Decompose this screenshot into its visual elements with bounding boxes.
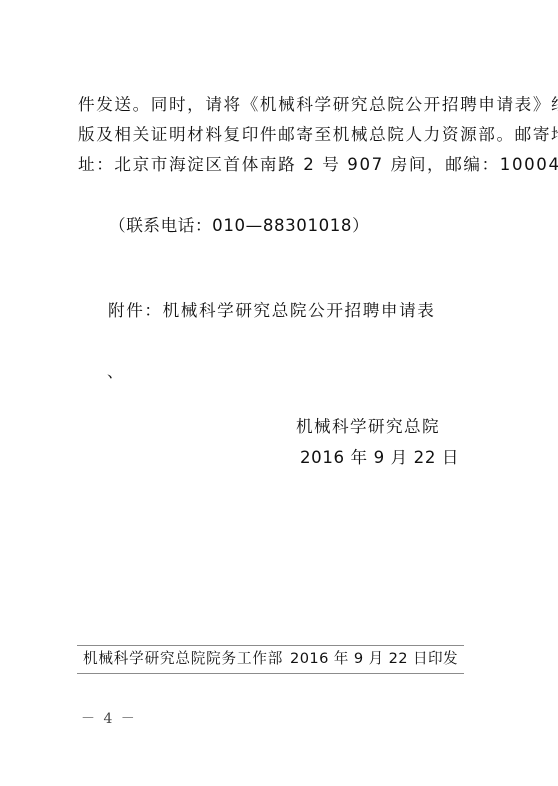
footer-issuer: 机械科学研究总院院务工作部 (83, 648, 283, 670)
page-number: － 4 － (81, 709, 137, 729)
body-line-1: 件发送。同时，请将《机械科学研究总院公开招聘申请表》纸质 (78, 90, 490, 120)
signature-date: 2016 年 9 月 22 日 (300, 444, 459, 472)
stray-punctuation: 、 (107, 360, 123, 384)
document-page: 件发送。同时，请将《机械科学研究总院公开招聘申请表》纸质 版及相关证明材料复印件… (0, 0, 558, 786)
footer-issued-date: 2016 年 9 月 22 日印发 (290, 648, 458, 670)
contact-phone: （联系电话：010—88301018） (109, 212, 369, 240)
body-paragraph: 件发送。同时，请将《机械科学研究总院公开招聘申请表》纸质 版及相关证明材料复印件… (78, 90, 490, 180)
signature-organization: 机械科学研究总院 (296, 413, 440, 441)
footer-bottom-rule (77, 673, 464, 674)
attachment-note: 附件：机械科学研究总院公开招聘申请表 (108, 297, 436, 325)
body-line-2: 版及相关证明材料复印件邮寄至机械总院人力资源部。邮寄地 (78, 120, 490, 150)
body-line-3: 址：北京市海淀区首体南路 2 号 907 房间，邮编：100044。 (78, 150, 490, 180)
footer-top-rule (77, 645, 464, 646)
